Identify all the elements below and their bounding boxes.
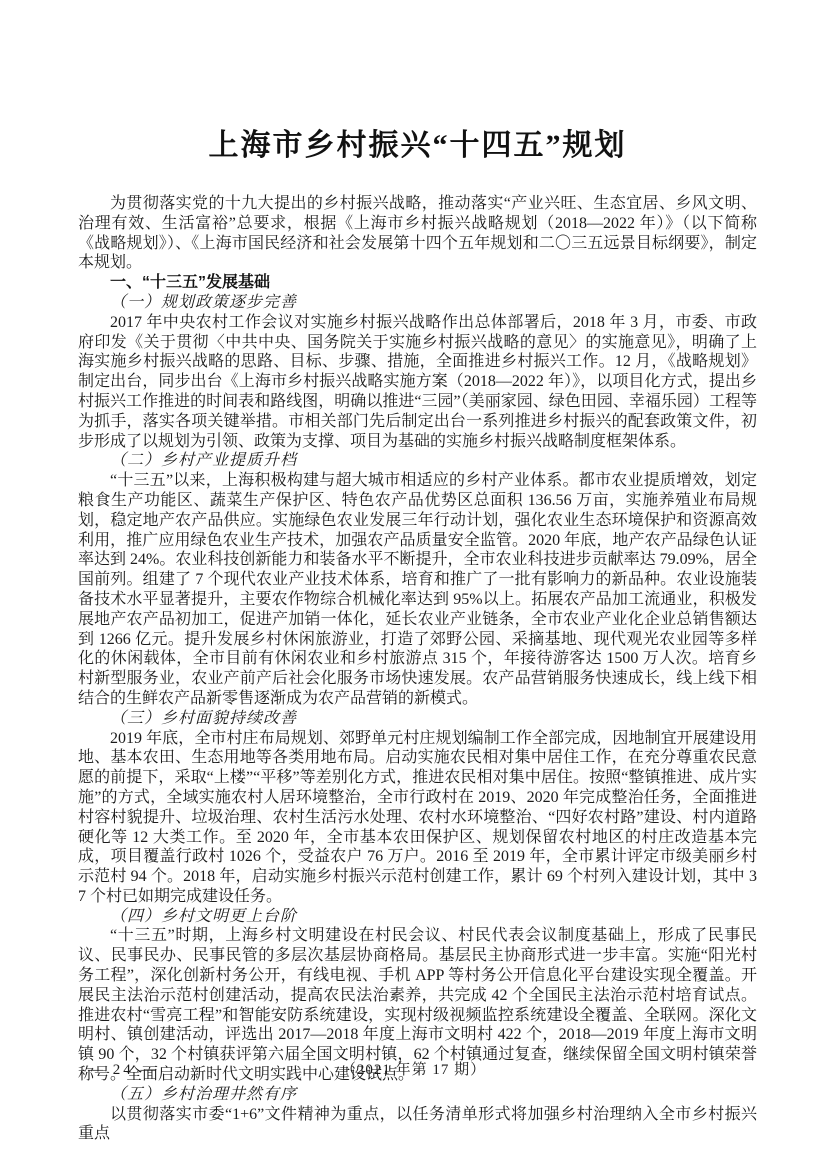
body-paragraph: 以贯彻落实市委“1+6”文件精神为重点，以任务清单形式将加强乡村治理纳入全市乡村…: [78, 1105, 757, 1145]
section-subheading: （一）规划政策逐步完善: [78, 293, 757, 313]
document-footer: — 24 — （2021 年第 17 期）: [0, 1058, 827, 1082]
body-paragraph: 为贯彻落实党的十九大提出的乡村振兴战略，推动落实“产业兴旺、生态宜居、乡风文明、…: [78, 194, 757, 273]
section-heading: 一、“十三五”发展基础: [78, 273, 757, 293]
section-subheading: （二）乡村产业提质升档: [78, 451, 757, 471]
document-page: 上海市乡村振兴“十四五”规划 为贯彻落实党的十九大提出的乡村振兴战略，推动落实“…: [0, 0, 827, 1170]
page-number: — 24 —: [88, 1058, 159, 1082]
section-subheading: （五）乡村治理井然有序: [78, 1085, 757, 1105]
body-paragraph: 2019 年底，全市村庄布局规划、郊野单元村庄规划编制工作全部完成，因地制宜开展…: [78, 729, 757, 907]
document-title: 上海市乡村振兴“十四五”规划: [78, 128, 757, 164]
section-subheading: （四）乡村文明更上台阶: [78, 907, 757, 927]
document-body: 为贯彻落实党的十九大提出的乡村振兴战略，推动落实“产业兴旺、生态宜居、乡风文明、…: [78, 194, 757, 1144]
section-subheading: （三）乡村面貌持续改善: [78, 709, 757, 729]
body-paragraph: “十三五”以来，上海积极构建与超大城市相适应的乡村产业体系。都市农业提质增效，划…: [78, 471, 757, 709]
body-paragraph: 2017 年中央农村工作会议对实施乡村振兴战略作出总体部署后，2018 年 3 …: [78, 313, 757, 452]
